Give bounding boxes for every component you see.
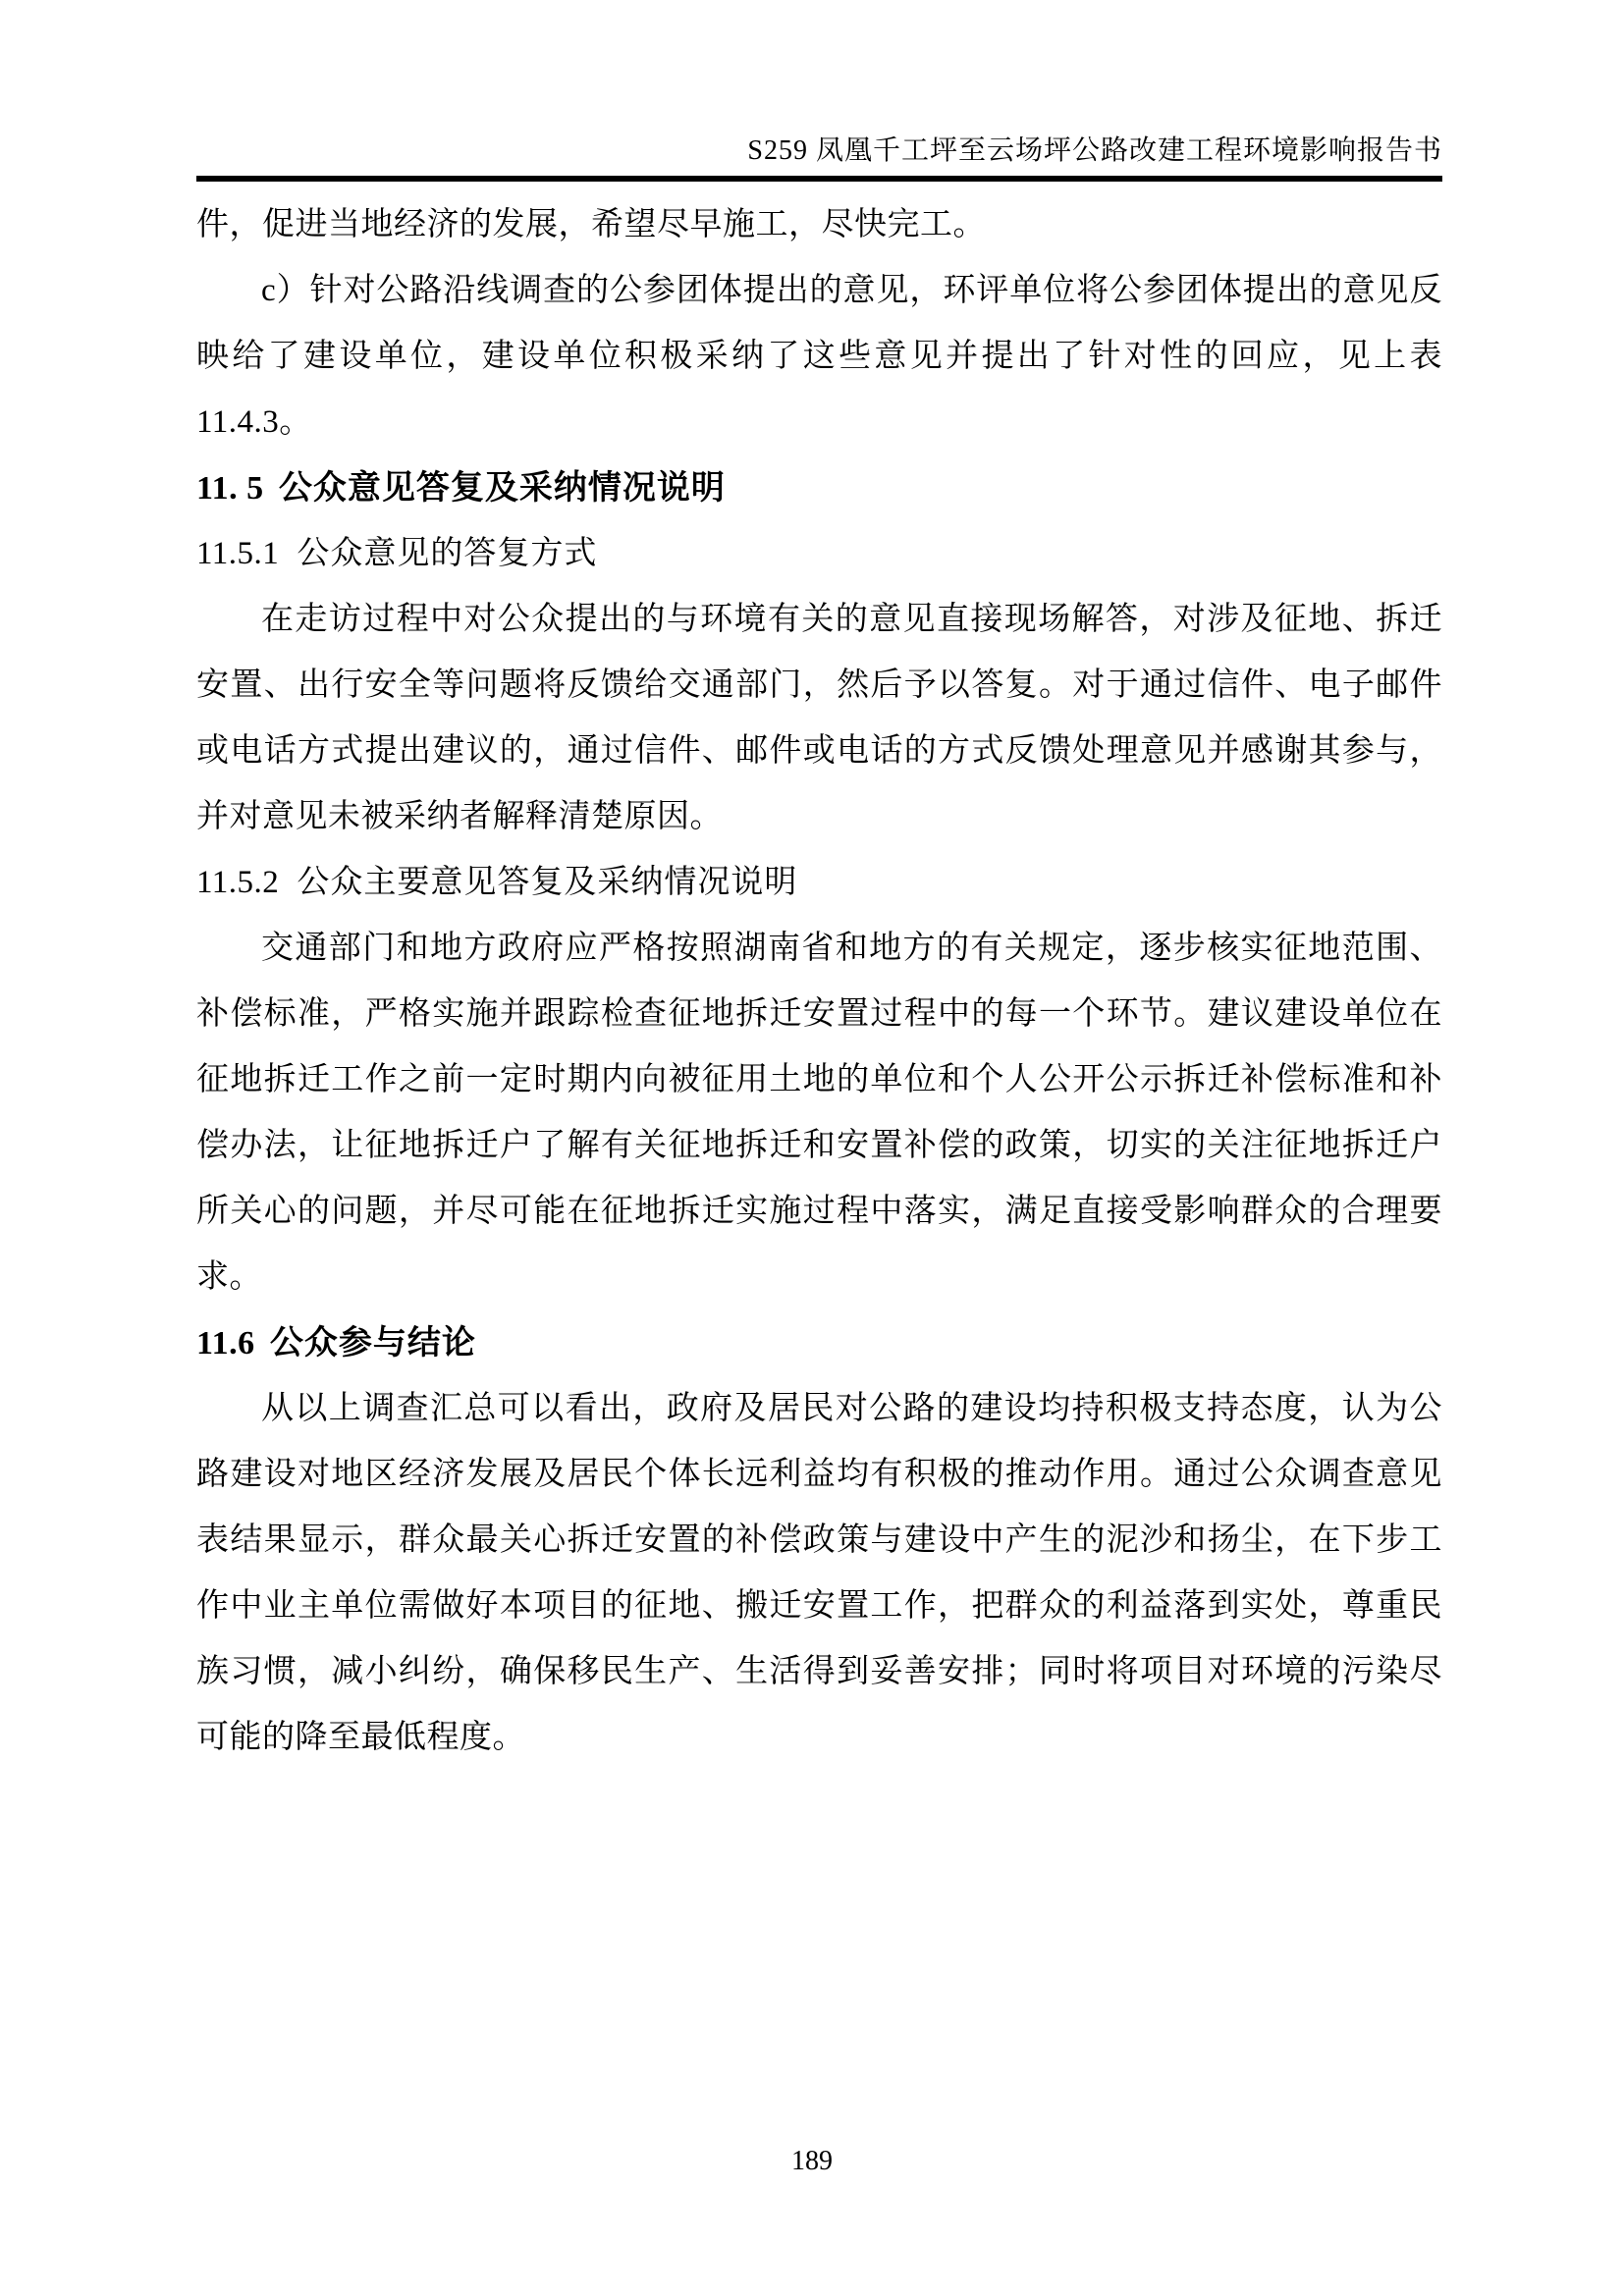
section-title-11-5: 公众意见答复及采纳情况说明 [279, 469, 726, 507]
subsection-heading-11-5-1: 11.5.1公众意见的答复方式 [196, 521, 1442, 587]
subsection-title-11-5-2: 公众主要意见答复及采纳情况说明 [297, 865, 797, 900]
paragraph-reply-method: 在走访过程中对公众提出的与环境有关的意见直接现场解答，对涉及征地、拆迁安置、出行… [196, 587, 1442, 850]
section-title-11-6: 公众参与结论 [270, 1324, 476, 1362]
page-number: 189 [791, 2146, 833, 2176]
subsection-title-11-5-1: 公众意见的答复方式 [297, 536, 597, 571]
paragraph-adoption: 交通部门和地方政府应严格按照湖南省和地方的有关规定，逐步核实征地范围、补偿标准，… [196, 916, 1442, 1310]
section-heading-11-5: 11. 5公众意见答复及采纳情况说明 [196, 455, 1442, 521]
page-header: S259 凤凰千工坪至云场坪公路改建工程环境影响报告书 [196, 133, 1442, 182]
page-footer: 189 [0, 2144, 1624, 2179]
document-body: 件，促进当地经济的发展，希望尽早施工，尽快完工。 c）针对公路沿线调查的公参团体… [196, 192, 1442, 1771]
document-page: S259 凤凰千工坪至云场坪公路改建工程环境影响报告书 件，促进当地经济的发展，… [0, 0, 1624, 2296]
subsection-number-11-5-2: 11.5.2 [196, 865, 279, 900]
paragraph-item-c: c）针对公路沿线调查的公参团体提出的意见，环评单位将公参团体提出的意见反映给了建… [196, 258, 1442, 455]
subsection-number-11-5-1: 11.5.1 [196, 536, 279, 571]
section-heading-11-6: 11.6公众参与结论 [196, 1310, 1442, 1376]
section-number-11-5: 11. 5 [196, 470, 264, 507]
header-title: S259 凤凰千工坪至云场坪公路改建工程环境影响报告书 [747, 135, 1442, 166]
paragraph-conclusion: 从以上调查汇总可以看出，政府及居民对公路的建设均持积极支持态度，认为公路建设对地… [196, 1376, 1442, 1771]
paragraph-continuation: 件，促进当地经济的发展，希望尽早施工，尽快完工。 [196, 192, 1442, 258]
section-number-11-6: 11.6 [196, 1325, 255, 1362]
subsection-heading-11-5-2: 11.5.2公众主要意见答复及采纳情况说明 [196, 850, 1442, 916]
